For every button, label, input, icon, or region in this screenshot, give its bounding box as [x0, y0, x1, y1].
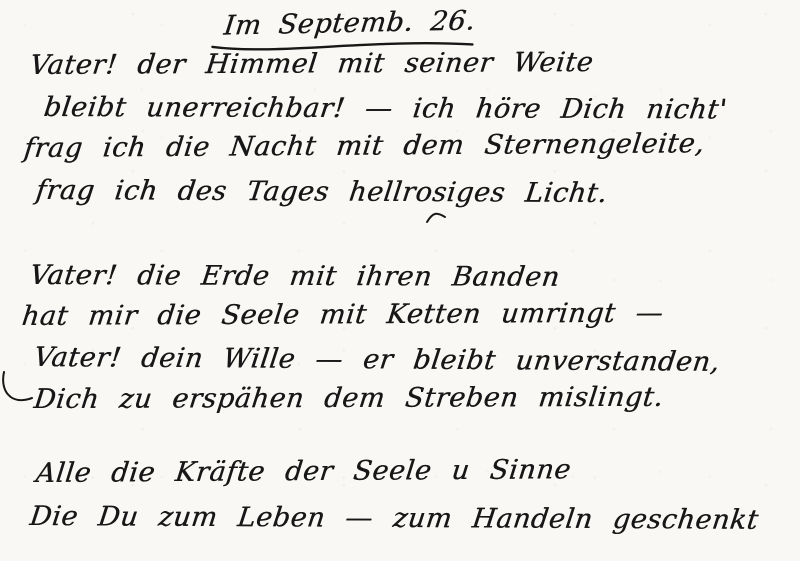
- manuscript-page: Im Septemb. 26. Vater! der Himmel mit se…: [0, 0, 800, 561]
- poem-line: Die Du zum Leben — zum Handeln geschenkt: [28, 503, 760, 534]
- poem-line: bleibt unerreichbar! — ich höre Dich nic…: [42, 94, 728, 123]
- poem-line: Vater! die Erde mit ihren Banden: [28, 262, 561, 291]
- initial-letter-flourish: [0, 368, 36, 412]
- stray-pen-mark: [425, 210, 447, 224]
- poem-line: Vater! der Himmel mit seiner Weite: [28, 49, 595, 79]
- poem-line: hat mir die Seele mit Ketten umringt —: [20, 300, 665, 330]
- poem-line: frag ich die Nacht mit dem Sternengeleit…: [22, 130, 706, 162]
- poem-line: Alle die Kräfte der Seele u Sinne: [34, 456, 572, 487]
- poem-title: Im Septemb. 26.: [224, 5, 476, 41]
- poem-line: frag ich des Tages hellrosiges Licht.: [34, 177, 609, 207]
- poem-line: Dich zu erspähen dem Streben mislingt.: [32, 384, 665, 413]
- poem-line: Vater! dein Wille — er bleibt unverstand…: [32, 344, 721, 376]
